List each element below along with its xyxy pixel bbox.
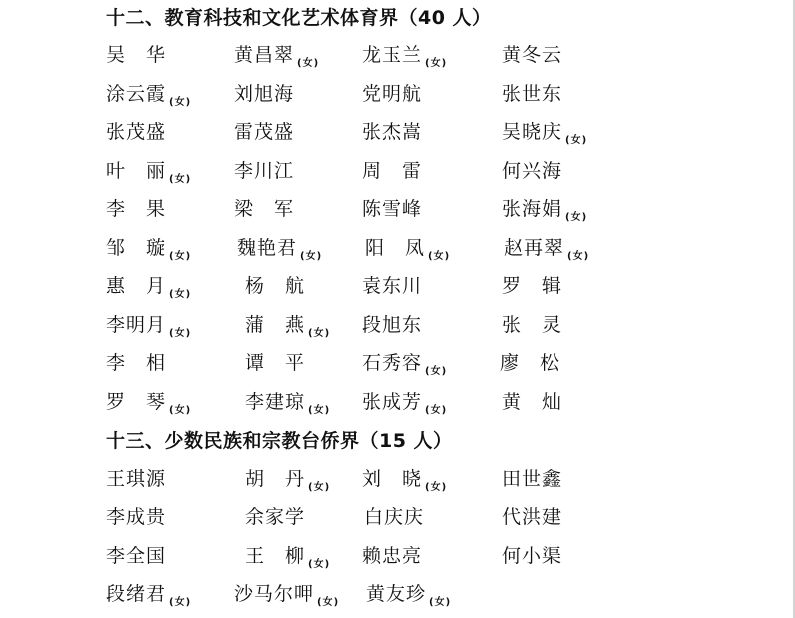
member-name: 李 相	[106, 351, 166, 375]
member-name: 陈雪峰	[362, 197, 422, 221]
member-name: 廖 松	[500, 351, 560, 375]
member-name-text: 王琪源	[106, 468, 166, 490]
female-marker: (女)	[169, 174, 191, 185]
member-name: 张 灵	[502, 313, 562, 337]
member-name: 蒲 燕(女)	[245, 313, 330, 341]
member-name: 黄 灿	[502, 390, 562, 414]
member-name: 王 柳(女)	[245, 544, 330, 572]
member-name: 田世鑫	[502, 467, 562, 491]
member-name-text: 叶 丽	[106, 160, 166, 182]
female-marker: (女)	[308, 559, 330, 570]
member-name-text: 段绪君	[106, 583, 166, 605]
member-name: 黄友珍(女)	[366, 582, 451, 610]
member-name-text: 刘 晓	[362, 468, 422, 490]
section-heading: 十二、教育科技和文化艺术体育界（40 人）	[106, 6, 492, 30]
member-name: 梁 军	[234, 197, 294, 221]
member-name: 石秀容(女)	[362, 351, 447, 379]
member-name-text: 袁东川	[362, 275, 422, 297]
member-name-text: 何兴海	[502, 160, 562, 182]
member-name-text: 余家学	[245, 506, 305, 528]
member-name-text: 李川江	[234, 160, 294, 182]
female-marker: (女)	[169, 328, 191, 339]
member-name-text: 张茂盛	[106, 121, 166, 143]
member-name-text: 段旭东	[362, 314, 422, 336]
member-name: 刘 晓(女)	[362, 467, 447, 495]
member-name-text: 王 柳	[245, 545, 305, 567]
member-name-text: 谭 平	[245, 352, 305, 374]
member-name: 周 雷	[362, 159, 422, 183]
female-marker: (女)	[425, 58, 447, 69]
member-name: 阳 凤(女)	[365, 236, 450, 264]
member-name-text: 何小渠	[502, 545, 562, 567]
member-name: 张成芳(女)	[362, 390, 447, 418]
member-name: 张茂盛	[106, 120, 166, 144]
member-name-text: 沙马尔呷	[234, 583, 314, 605]
female-marker: (女)	[317, 597, 339, 608]
member-name: 杨 航	[245, 274, 305, 298]
member-name: 袁东川	[362, 274, 422, 298]
female-marker: (女)	[169, 97, 191, 108]
member-name: 李建琼(女)	[245, 390, 330, 418]
female-marker: (女)	[565, 135, 587, 146]
member-name-text: 蒲 燕	[245, 314, 305, 336]
member-name-text: 赖忠亮	[362, 545, 422, 567]
member-name: 吴 华	[106, 43, 166, 67]
member-name-text: 惠 月	[106, 275, 166, 297]
member-name-text: 罗 琴	[106, 391, 166, 413]
member-name-text: 张杰嵩	[362, 121, 422, 143]
member-name-text: 李成贵	[106, 506, 166, 528]
female-marker: (女)	[308, 328, 330, 339]
member-name-text: 张 灵	[502, 314, 562, 336]
member-name-text: 阳 凤	[365, 237, 425, 259]
member-name: 何兴海	[502, 159, 562, 183]
member-name-text: 李 相	[106, 352, 166, 374]
member-name-text: 党明航	[362, 83, 422, 105]
female-marker: (女)	[300, 251, 322, 262]
member-name-text: 梁 军	[234, 198, 294, 220]
member-name: 黄冬云	[502, 43, 562, 67]
member-name: 白庆庆	[364, 505, 424, 529]
female-marker: (女)	[425, 482, 447, 493]
female-marker: (女)	[169, 405, 191, 416]
member-name: 李川江	[234, 159, 294, 183]
member-name-text: 胡 丹	[245, 468, 305, 490]
member-name-text: 涂云霞	[106, 83, 166, 105]
member-name-text: 黄昌翠	[234, 44, 294, 66]
member-name-text: 刘旭海	[234, 83, 294, 105]
member-name-text: 周 雷	[362, 160, 422, 182]
member-name: 张海娟(女)	[502, 197, 587, 225]
member-name-text: 李 果	[106, 198, 166, 220]
member-name-text: 杨 航	[245, 275, 305, 297]
section-heading: 十三、少数民族和宗教台侨界（15 人）	[106, 429, 453, 453]
member-name: 邹 璇(女)	[106, 236, 191, 264]
member-name: 党明航	[362, 82, 422, 106]
female-marker: (女)	[429, 597, 451, 608]
member-name: 王琪源	[106, 467, 166, 491]
female-marker: (女)	[297, 58, 319, 69]
member-name: 张杰嵩	[362, 120, 422, 144]
member-name: 段旭东	[362, 313, 422, 337]
female-marker: (女)	[425, 405, 447, 416]
member-name-text: 龙玉兰	[362, 44, 422, 66]
member-name: 魏艳君(女)	[237, 236, 322, 264]
member-name-text: 赵再翠	[504, 237, 564, 259]
female-marker: (女)	[428, 251, 450, 262]
member-name-text: 雷茂盛	[234, 121, 294, 143]
member-name-text: 石秀容	[362, 352, 422, 374]
member-name: 何小渠	[502, 544, 562, 568]
member-name: 黄昌翠(女)	[234, 43, 319, 71]
female-marker: (女)	[565, 212, 587, 223]
member-name-text: 罗 辑	[502, 275, 562, 297]
female-marker: (女)	[169, 251, 191, 262]
member-name: 谭 平	[245, 351, 305, 375]
female-marker: (女)	[169, 289, 191, 300]
member-name: 惠 月(女)	[106, 274, 191, 302]
member-name-text: 张世东	[502, 83, 562, 105]
female-marker: (女)	[308, 482, 330, 493]
member-name-text: 张海娟	[502, 198, 562, 220]
member-name-text: 黄友珍	[366, 583, 426, 605]
member-name-text: 吴晓庆	[502, 121, 562, 143]
member-name-text: 廖 松	[500, 352, 560, 374]
member-name-text: 白庆庆	[364, 506, 424, 528]
member-name: 段绪君(女)	[106, 582, 191, 610]
member-name: 代洪建	[502, 505, 562, 529]
member-name: 龙玉兰(女)	[362, 43, 447, 71]
female-marker: (女)	[308, 405, 330, 416]
member-name-text: 田世鑫	[502, 468, 562, 490]
member-name: 沙马尔呷(女)	[234, 582, 339, 610]
female-marker: (女)	[425, 366, 447, 377]
member-name: 赵再翠(女)	[504, 236, 589, 264]
member-name-text: 邹 璇	[106, 237, 166, 259]
member-name-text: 魏艳君	[237, 237, 297, 259]
member-name: 叶 丽(女)	[106, 159, 191, 187]
member-name-text: 吴 华	[106, 44, 166, 66]
member-name-text: 黄冬云	[502, 44, 562, 66]
member-name-text: 黄 灿	[502, 391, 562, 413]
member-name: 李 果	[106, 197, 166, 221]
female-marker: (女)	[169, 597, 191, 608]
member-name: 李全国	[106, 544, 166, 568]
member-name-text: 李明月	[106, 314, 166, 336]
member-name: 刘旭海	[234, 82, 294, 106]
member-name-text: 陈雪峰	[362, 198, 422, 220]
member-name-text: 李建琼	[245, 391, 305, 413]
member-name: 赖忠亮	[362, 544, 422, 568]
member-name-text: 张成芳	[362, 391, 422, 413]
female-marker: (女)	[567, 251, 589, 262]
member-name: 罗 琴(女)	[106, 390, 191, 418]
member-name-text: 李全国	[106, 545, 166, 567]
member-name: 胡 丹(女)	[245, 467, 330, 495]
member-name-text: 代洪建	[502, 506, 562, 528]
member-name: 吴晓庆(女)	[502, 120, 587, 148]
member-name: 涂云霞(女)	[106, 82, 191, 110]
member-name: 张世东	[502, 82, 562, 106]
member-name: 李成贵	[106, 505, 166, 529]
member-name: 余家学	[245, 505, 305, 529]
member-name: 罗 辑	[502, 274, 562, 298]
member-name: 雷茂盛	[234, 120, 294, 144]
member-name: 李明月(女)	[106, 313, 191, 341]
